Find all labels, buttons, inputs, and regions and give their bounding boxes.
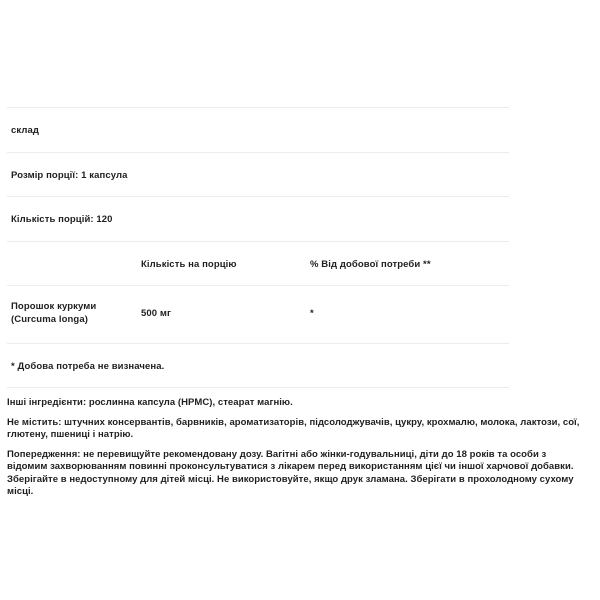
does-not-contain: Не містить: штучних консервантів, барвни… — [7, 417, 582, 442]
ingredient-name-line2: (Curcuma longa) — [11, 314, 88, 325]
footnote: * Добова потреба не визначена. — [11, 361, 164, 372]
serving-size: Розмір порції: 1 капсула — [11, 170, 128, 181]
warning: Попередження: не перевищуйте рекомендова… — [7, 449, 582, 499]
composition-title-row: склад — [7, 107, 509, 152]
composition-table: склад Розмір порції: 1 капсула Кількість… — [7, 107, 509, 388]
product-notes: Інші інгредієнти: рослинна капсула (HPMC… — [7, 397, 582, 506]
ingredient-amount: 500 мг — [141, 308, 171, 319]
header-amount: Кількість на порцію — [141, 259, 237, 270]
other-ingredients: Інші інгредієнти: рослинна капсула (HPMC… — [7, 397, 582, 410]
ingredient-name-line1: Порошок куркуми — [11, 301, 96, 312]
table-header-row: Кількість на порцію % Від добової потреб… — [7, 241, 509, 286]
serving-size-row: Розмір порції: 1 капсула — [7, 152, 509, 197]
composition-title: склад — [11, 125, 39, 136]
table-row: Порошок куркуми (Curcuma longa) 500 мг * — [7, 285, 509, 343]
ingredient-name: Порошок куркуми (Curcuma longa) — [11, 301, 96, 326]
servings-count: Кількість порцій: 120 — [11, 214, 113, 225]
header-daily-value: % Від добової потреби ** — [310, 259, 431, 270]
ingredient-daily-value: * — [310, 308, 314, 319]
footnote-row: * Добова потреба не визначена. — [7, 343, 509, 388]
servings-count-row: Кількість порцій: 120 — [7, 196, 509, 241]
